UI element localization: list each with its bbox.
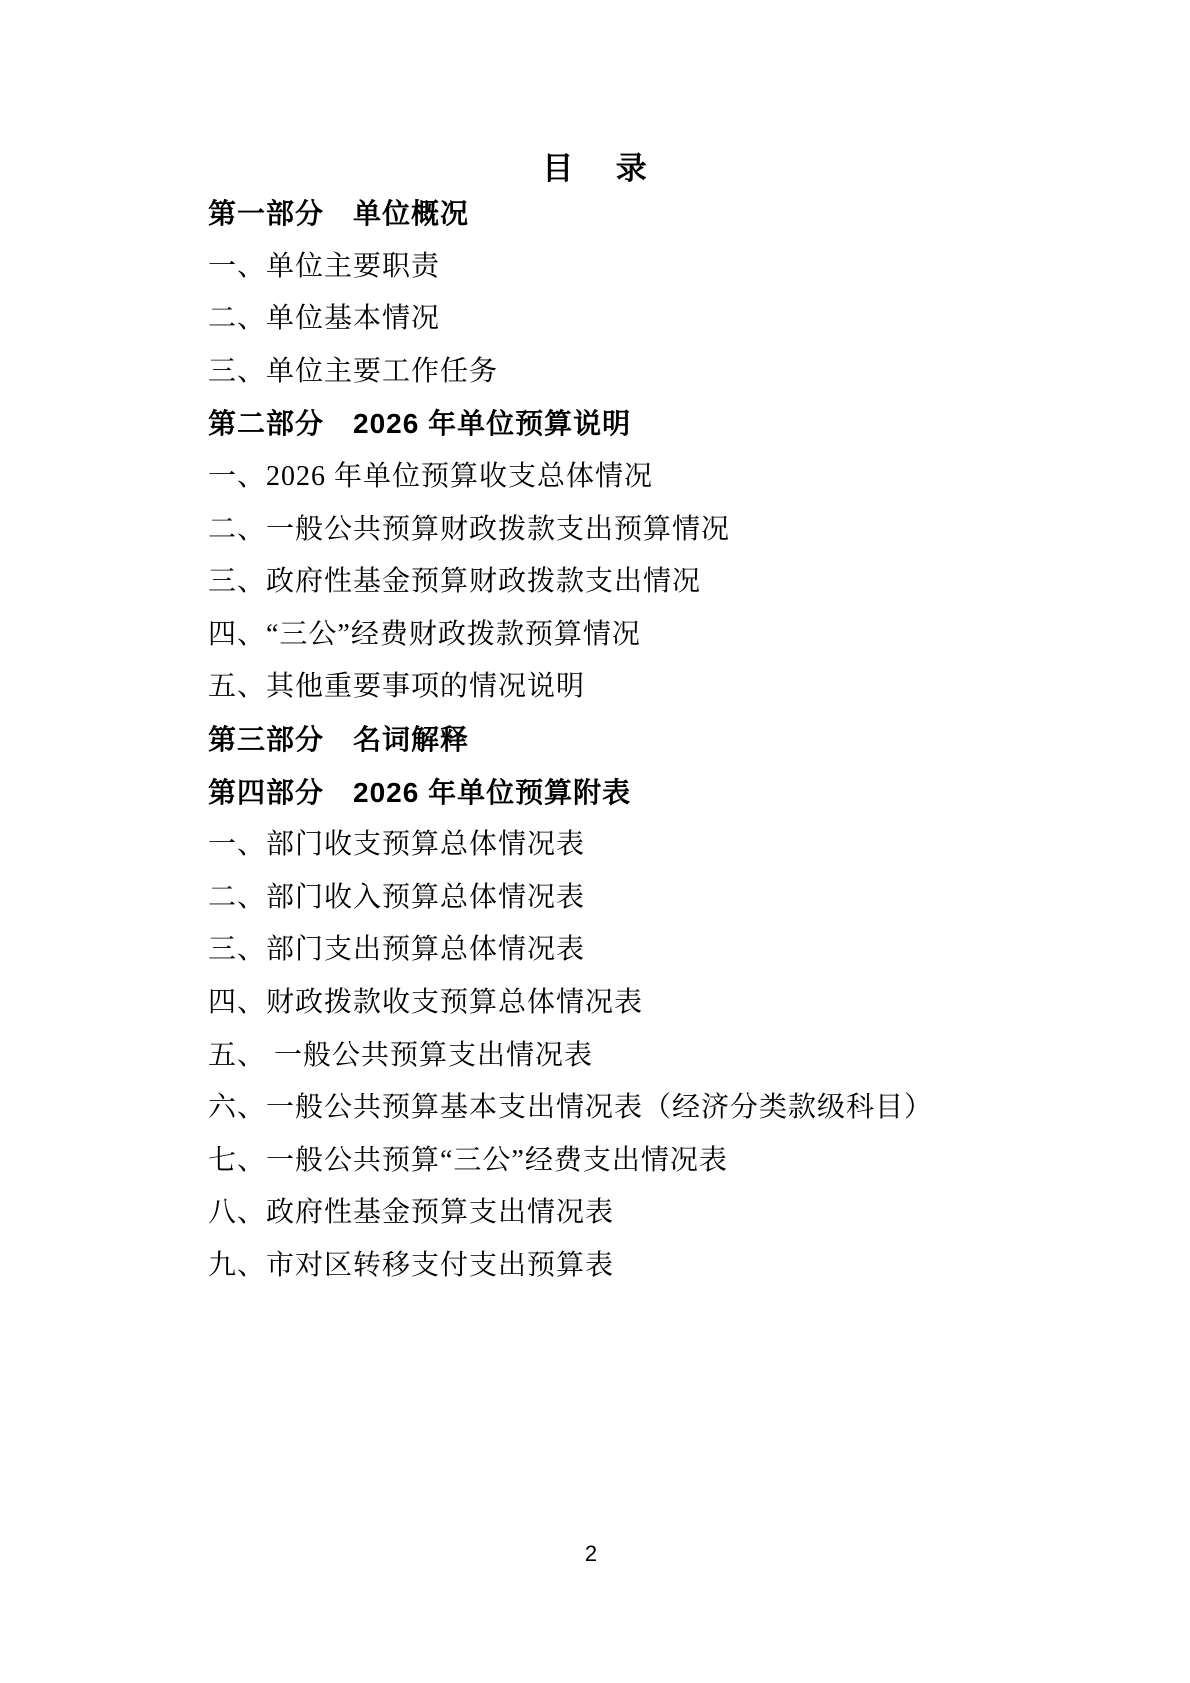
toc-item: 一、单位主要职责 (208, 241, 1110, 294)
document-page: 目 录 第一部分 单位概况一、单位主要职责二、单位基本情况三、单位主要工作任务第… (0, 0, 1190, 1683)
toc-item: 一、2026 年单位预算收支总体情况 (208, 451, 1110, 504)
toc-item: 九、市对区转移支付支出预算表 (208, 1240, 1110, 1293)
toc-item: 五、其他重要事项的情况说明 (208, 661, 1110, 714)
toc-item: 七、一般公共预算“三公”经费支出情况表 (208, 1135, 1110, 1188)
toc-item: 二、一般公共预算财政拨款支出预算情况 (208, 504, 1110, 557)
toc-item: 四、财政拨款收支预算总体情况表 (208, 977, 1110, 1030)
toc-list: 第一部分 单位概况一、单位主要职责二、单位基本情况三、单位主要工作任务第二部分 … (208, 188, 1110, 1292)
page-title: 目 录 (0, 143, 1190, 188)
toc-item: 八、政府性基金预算支出情况表 (208, 1187, 1110, 1240)
toc-section-heading: 第三部分 名词解释 (208, 714, 1110, 767)
toc-item: 四、“三公”经费财政拨款预算情况 (208, 609, 1110, 662)
toc-item: 三、单位主要工作任务 (208, 346, 1110, 399)
toc-item: 三、部门支出预算总体情况表 (208, 924, 1110, 977)
toc-item: 三、政府性基金预算财政拨款支出情况 (208, 556, 1110, 609)
toc-item: 二、部门收入预算总体情况表 (208, 872, 1110, 925)
toc-section-heading: 第一部分 单位概况 (208, 188, 1110, 241)
toc-section-heading: 第四部分 2026 年单位预算附表 (208, 767, 1110, 820)
toc-item: 二、单位基本情况 (208, 293, 1110, 346)
toc-item: 一、部门收支预算总体情况表 (208, 819, 1110, 872)
toc-section-heading: 第二部分 2026 年单位预算说明 (208, 398, 1110, 451)
toc-item: 六、一般公共预算基本支出情况表（经济分类款级科目） (208, 1082, 1110, 1135)
toc-item: 五、 一般公共预算支出情况表 (208, 1030, 1110, 1083)
page-number: 2 (0, 1541, 1182, 1567)
